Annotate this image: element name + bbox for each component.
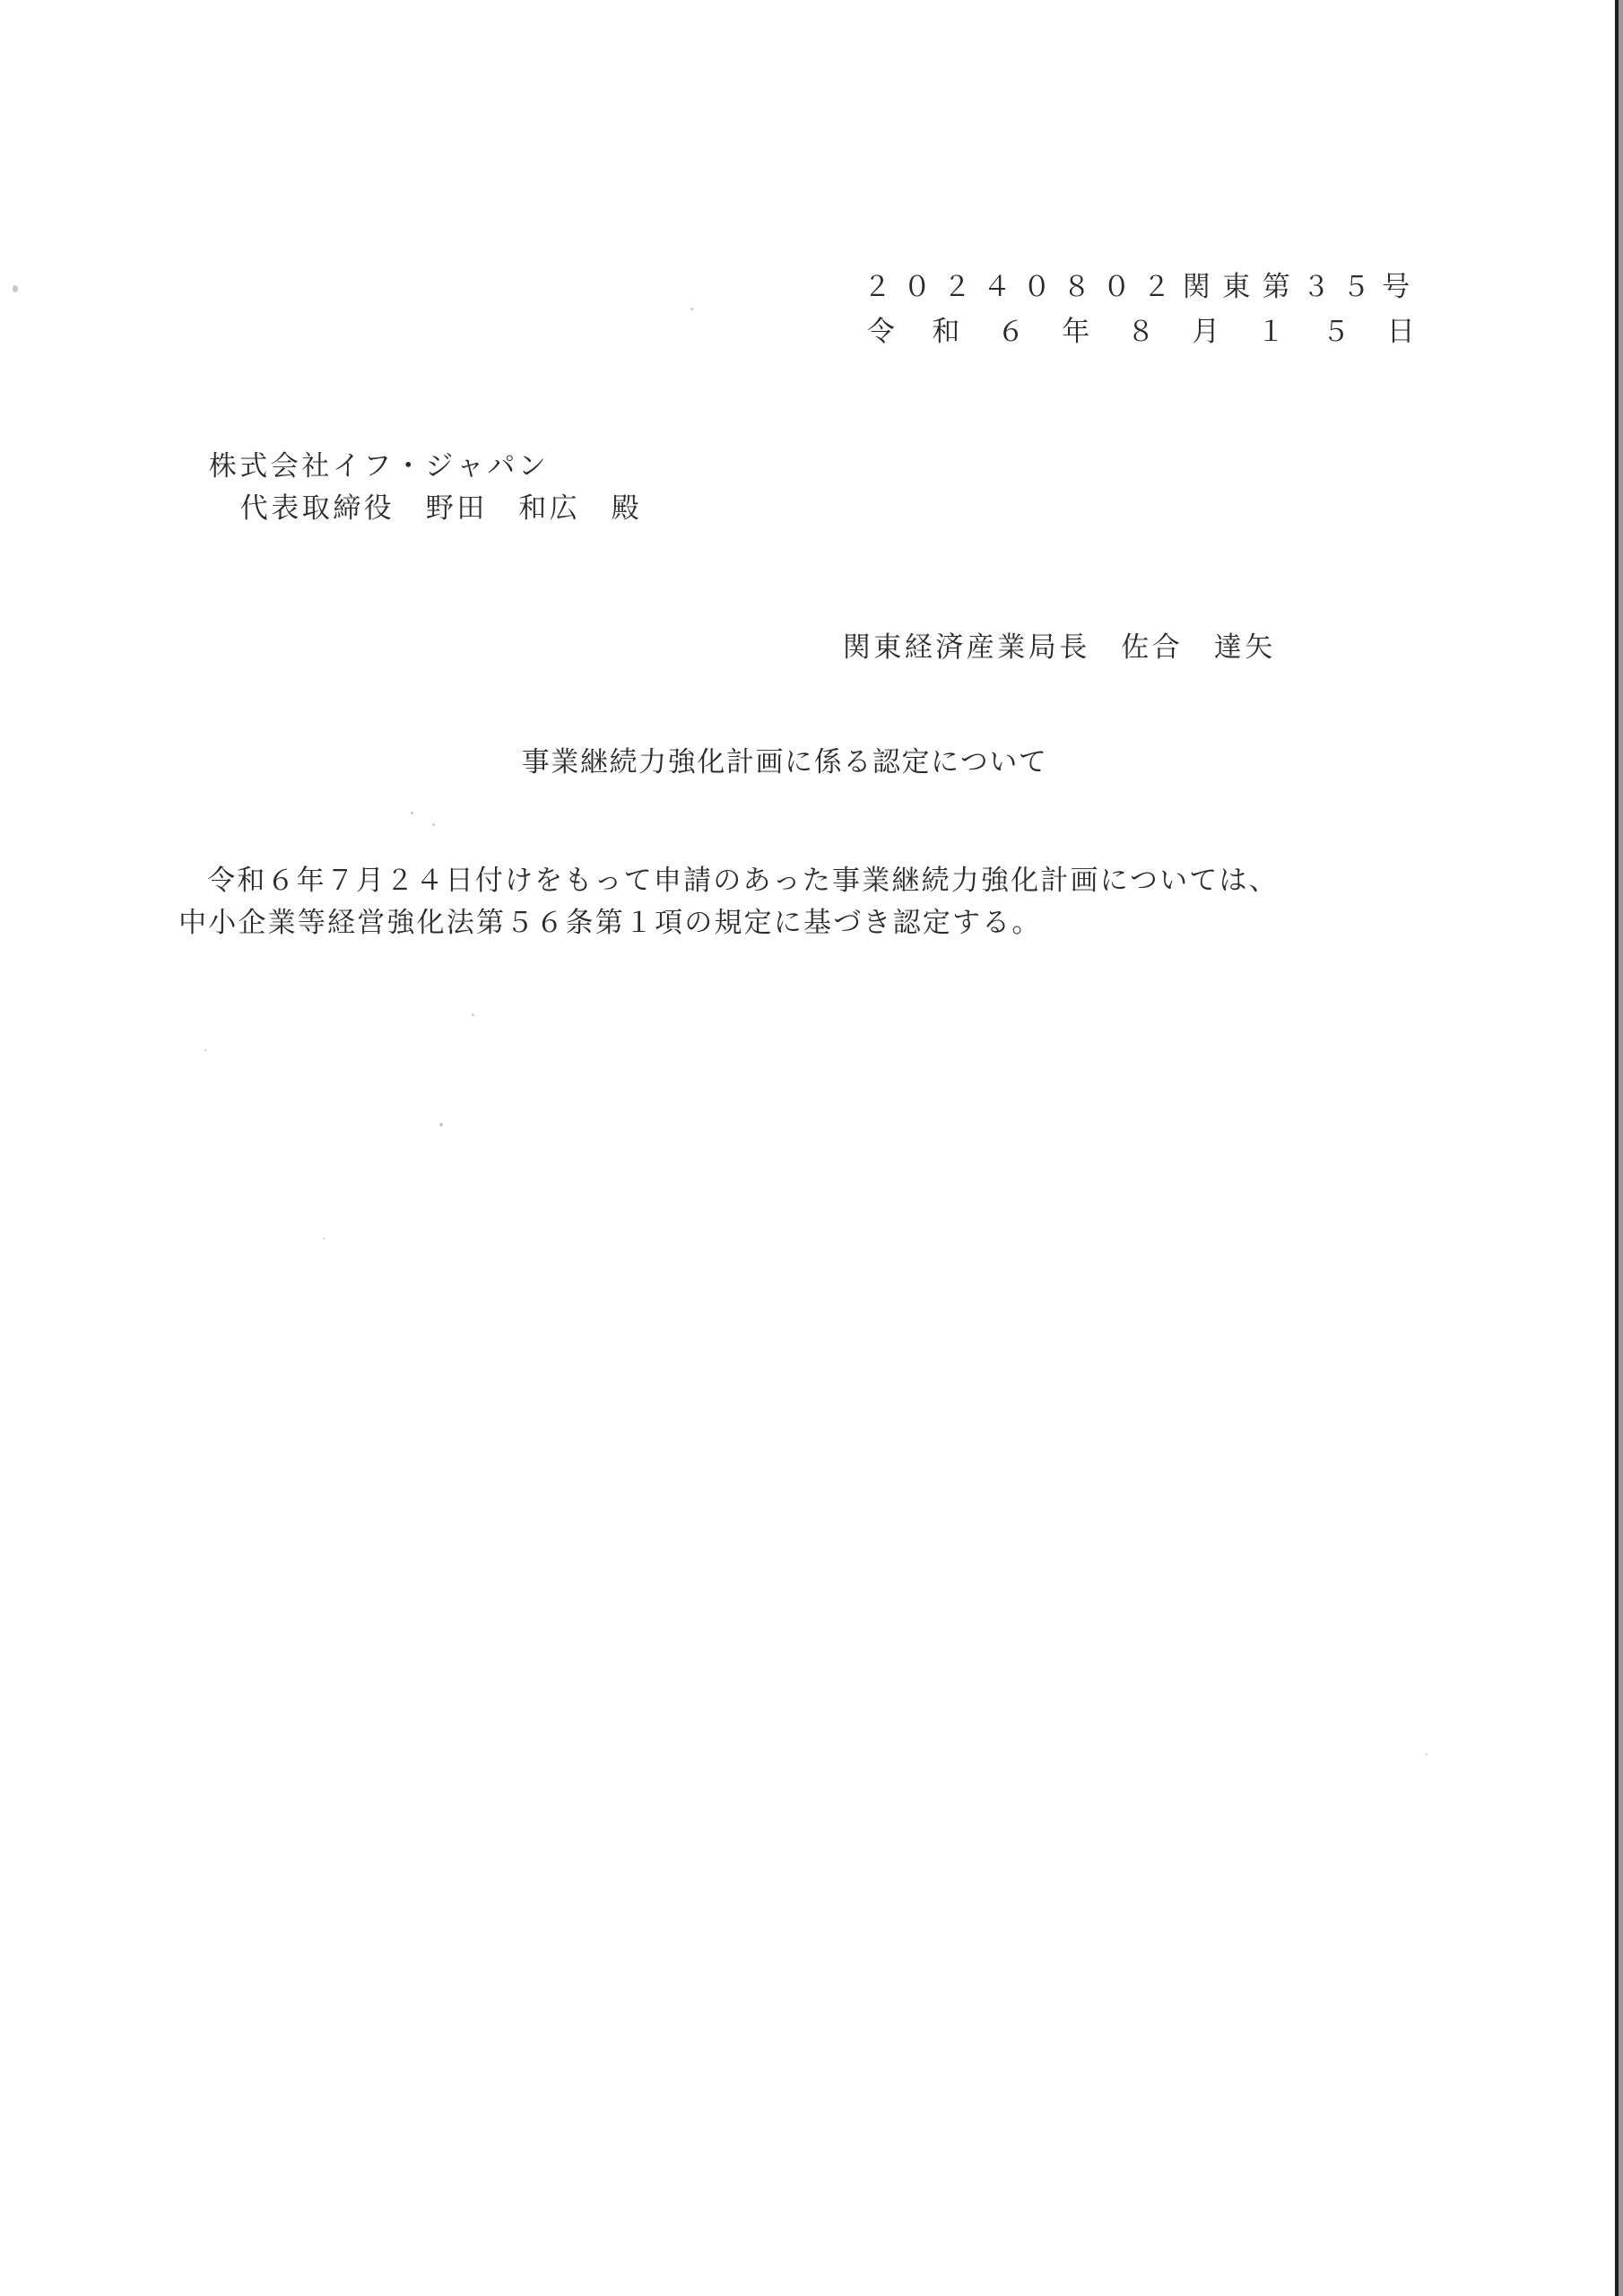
scan-speck [690,308,693,310]
glyph: づ [832,905,862,941]
glyph: 関 [1176,269,1217,305]
glyph: る [981,905,1011,941]
glyph: た [802,863,831,899]
glyph: 長 [1058,630,1089,665]
glyph: 中 [178,905,207,941]
glyph: 計 [725,744,755,780]
glyph: 代 [239,491,270,526]
glyph: も [563,863,593,899]
document-date: 令和６年８月１５日 [848,314,1434,350]
glyph: 継 [890,863,920,899]
glyph: パ [486,448,517,484]
glyph: 、 [1248,863,1278,899]
glyph: 社 [300,448,332,484]
glyph: ６ [978,314,1044,350]
glyph: 営 [356,905,386,941]
glyph: 力 [950,863,980,899]
glyph: に [1099,863,1129,899]
glyph: ７ [325,863,355,899]
glyph: て [623,863,653,899]
scan-speck [472,1013,474,1016]
glyph: い [989,744,1019,780]
sender-signature: 関東経済産業局長 佐合 達矢 [841,630,1274,665]
glyph: 広 [548,491,579,526]
glyph: ６ [265,863,295,899]
glyph: 月 [1174,314,1239,350]
glyph: ン [516,448,548,484]
glyph: 強 [980,863,1010,899]
document-reference-number: ２０２４０８０２関東第３５号 [857,269,1416,305]
glyph [1089,630,1120,665]
glyph: を [534,863,563,899]
glyph: 定 [743,905,773,941]
glyph: 認 [892,905,922,941]
glyph: は [1218,863,1247,899]
glyph: 局 [1027,630,1058,665]
glyph: 株 [207,448,239,484]
glyph: ２ [857,269,898,305]
glyph: 事 [521,744,551,780]
scan-speck [1426,1753,1428,1755]
glyph: 第 [1256,269,1297,305]
glyph: 小 [207,905,237,941]
body-text-line-1: 令和６年７月２４日付けをもって申請のあった事業継続力強化計画については、 [206,863,1278,899]
glyph: 年 [296,863,325,899]
glyph: 等 [297,905,326,941]
scan-speck [439,1123,443,1126]
glyph: 継 [579,744,609,780]
glyph: ４ [977,269,1018,305]
glyph: 強 [386,905,415,941]
glyph: 続 [921,863,950,899]
glyph: 画 [755,744,785,780]
glyph: あ [742,863,771,899]
glyph: ５ [505,905,534,941]
glyph: 企 [237,905,266,941]
glyph: 基 [803,905,832,941]
glyph: 業 [551,744,580,780]
glyph: 日 [445,863,474,899]
glyph: ャ [455,448,486,484]
glyph: ５ [1304,314,1369,350]
glyph: ２ [1137,269,1177,305]
glyph: に [784,744,813,780]
glyph: 経 [326,905,356,941]
glyph: い [1159,863,1188,899]
glyph: の [712,863,742,899]
glyph: 事 [831,863,861,899]
glyph: 計 [1039,863,1069,899]
glyph: 和 [914,314,979,350]
glyph: 締 [332,491,363,526]
scan-speck [411,812,413,814]
glyph: 令 [206,863,236,899]
glyph: 佐 [1120,630,1151,665]
glyph: ２ [385,863,414,899]
glyph: 役 [362,491,394,526]
glyph: 産 [965,630,996,665]
glyph: 野 [424,491,456,526]
glyph: 取 [300,491,332,526]
glyph: 画 [1069,863,1098,899]
glyph: 東 [872,630,904,665]
glyph: 合 [1150,630,1182,665]
glyph: 定 [901,744,931,780]
glyph: ジ [424,448,456,484]
glyph: 和 [236,863,265,899]
glyph: フ [362,448,394,484]
glyph: 業 [861,863,890,899]
glyph: ４ [414,863,444,899]
glyph: 矢 [1244,630,1275,665]
glyph [394,491,425,526]
glyph: 号 [1376,269,1417,305]
scan-speck [204,1049,206,1051]
scan-speck [323,1238,325,1239]
page-edge-shadow [1619,0,1623,2296]
glyph: ・ [393,448,424,484]
glyph: 。 [1011,905,1040,941]
glyph: 係 [813,744,843,780]
glyph: る [843,744,872,780]
glyph: 続 [609,744,638,780]
glyph: 認 [872,744,901,780]
glyph: 第 [595,905,624,941]
glyph: １ [1238,314,1304,350]
glyph: 表 [270,491,301,526]
glyph: 会 [269,448,300,484]
glyph: イ [331,448,362,484]
glyph: 法 [446,905,475,941]
glyph: 業 [996,630,1028,665]
glyph: つ [959,744,989,780]
glyph: 月 [355,863,385,899]
glyph: 定 [922,905,951,941]
body-text-line-2: 中小企業等経営強化法第５６条第１項の規定に基づき認定する。 [178,905,1040,941]
glyph: ８ [1108,314,1174,350]
glyph: て [1018,744,1047,780]
glyph: 第 [475,905,505,941]
glyph [486,491,517,526]
glyph: け [504,863,534,899]
glyph: 殿 [610,491,641,526]
glyph: 化 [697,744,726,780]
glyph: 経 [903,630,934,665]
glyph: 関 [841,630,872,665]
glyph: っ [593,863,622,899]
glyph: に [930,744,959,780]
scanned-document-page: ２０２４０８０２関東第３５号 令和６年８月１５日 株式会社イフ・ジャパン 代表取… [0,0,1623,2296]
glyph: ８ [1057,269,1098,305]
document-title: 事業継続力強化計画に係る認定について [521,744,1047,780]
glyph: 化 [1010,863,1039,899]
glyph: 付 [474,863,504,899]
glyph: 項 [654,905,683,941]
glyph: １ [624,905,654,941]
glyph: 和 [517,491,549,526]
glyph: 式 [239,448,270,484]
glyph: ０ [898,269,938,305]
recipient-representative: 代表取締役 野田 和広 殿 [239,491,641,526]
glyph: の [683,905,713,941]
glyph: 済 [934,630,966,665]
glyph: ２ [937,269,977,305]
glyph: 申 [653,863,682,899]
scan-speck [432,823,435,826]
glyph: ０ [1017,269,1057,305]
glyph: て [1188,863,1218,899]
scan-speck [13,285,18,292]
glyph: 強 [667,744,697,780]
glyph: 力 [638,744,667,780]
glyph: 令 [848,314,914,350]
glyph: 規 [713,905,742,941]
glyph: つ [1129,863,1159,899]
glyph: 達 [1212,630,1244,665]
glyph: 請 [682,863,712,899]
glyph: ６ [534,905,564,941]
glyph: 年 [1044,314,1109,350]
glyph: 東 [1217,269,1257,305]
glyph [1182,630,1213,665]
glyph: ０ [1097,269,1137,305]
glyph: 化 [416,905,446,941]
glyph: す [951,905,981,941]
glyph: 日 [1368,314,1434,350]
glyph: ５ [1336,269,1376,305]
glyph [579,491,611,526]
glyph: 条 [564,905,594,941]
glyph: に [773,905,803,941]
glyph: っ [772,863,802,899]
glyph: 田 [456,491,487,526]
glyph: き [862,905,891,941]
glyph: ３ [1297,269,1337,305]
recipient-company: 株式会社イフ・ジャパン [207,448,548,484]
glyph: 業 [267,905,297,941]
